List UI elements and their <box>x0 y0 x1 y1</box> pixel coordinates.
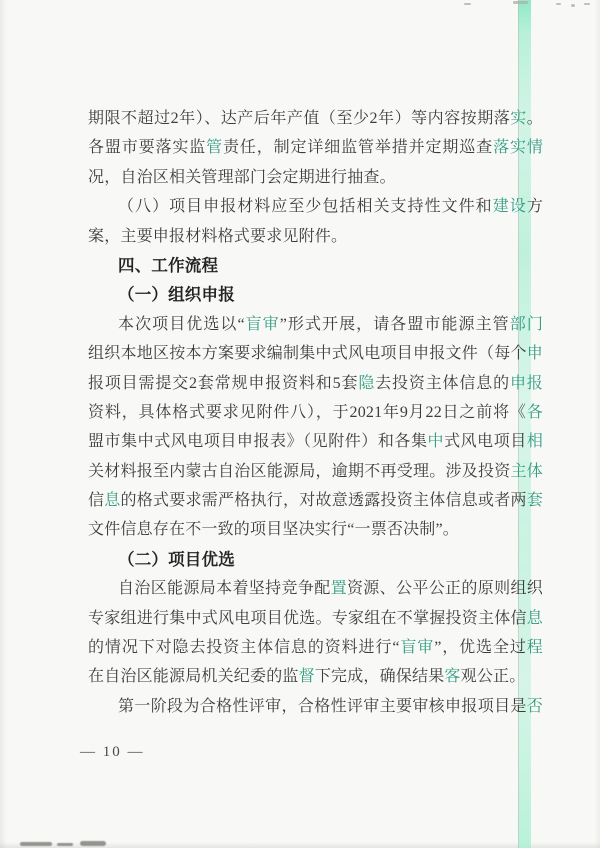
text-segment: 下完成，确保结果 <box>315 668 445 685</box>
text-segment: 况，自治区相关管理部门会定期进行抽查。 <box>88 169 396 186</box>
text-segment: 方 <box>527 198 543 215</box>
text-segment: 置 <box>331 580 347 597</box>
section-heading: 四、工作流程 <box>88 251 543 280</box>
text-segment: 文件信息存在不一致的项目坚决实行“一票否决制”。 <box>88 521 459 538</box>
text-segment: 否 <box>527 698 543 715</box>
text-segment: 专家组进行集中式风电项目优选。专家组在不掌握投资主体信 <box>88 610 527 627</box>
text-segment: 盲审 <box>245 316 280 333</box>
text-segment: 去投资主体信息的 <box>375 375 510 392</box>
text-segment: 相 <box>527 433 543 450</box>
text-segment: 部门 <box>510 316 543 333</box>
text-segment: 程 <box>527 639 543 656</box>
text-segment: 本次项目优选以“ <box>118 316 245 333</box>
text-line: 在自治区能源局机关纪委的监督下完成，确保结果客观公正。 <box>88 662 543 691</box>
text-segment: ”，优选全过 <box>434 639 527 656</box>
text-line: 自治区能源局本着坚持竞争配置资源、公平公正的原则组织 <box>88 574 543 603</box>
text-segment: ”形式开展，请各盟市能源主管 <box>280 316 510 333</box>
text-segment: 。 <box>527 110 543 127</box>
text-segment: （二）项目优选 <box>118 550 235 569</box>
scan-speck <box>464 3 471 5</box>
text-segment: 四、工作流程 <box>118 256 218 275</box>
scan-speck <box>513 1 528 4</box>
text-segment: 各 <box>527 404 543 421</box>
text-line: 组织本地区按本方案要求编制集中式风电项目申报文件（每个申 <box>88 339 543 368</box>
text-segment: 息 <box>527 610 543 627</box>
text-segment: 的情况下对隐去投资主体信息的资料进行“ <box>88 639 400 656</box>
scanned-document-page: 期限不超过2年）、达产后年产值（至少2年）等内容按期落实。各盟市要落实监管责任，… <box>0 0 600 848</box>
text-segment: 关材料报至内蒙古自治区能源局，逾期不再受理。涉及投资 <box>88 463 511 480</box>
text-segment: 主体 <box>511 463 543 480</box>
text-line: （八）项目申报材料应至少包括相关支持性文件和建设方 <box>88 192 543 221</box>
section-heading: （二）项目优选 <box>88 545 543 574</box>
text-segment: 报项目需提交2套常规申报资料和5套 <box>88 375 358 392</box>
text-line: 专家组进行集中式风电项目优选。专家组在不掌握投资主体信息 <box>88 604 543 633</box>
text-segment: 的格式要求需严格执行，对故意透露投资主体信息或者两 <box>121 492 527 509</box>
text-segment: 套 <box>527 492 543 509</box>
scan-smudge <box>80 841 106 846</box>
text-segment: （八）项目申报材料应至少包括相关支持性文件和 <box>118 198 493 215</box>
text-line: 资料，具体格式要求见附件八），于2021年9月22日之前将《各 <box>88 398 543 427</box>
text-segment: 落实情 <box>493 139 543 156</box>
text-segment: 实 <box>510 110 527 127</box>
text-segment: 息 <box>104 492 120 509</box>
text-segment: 自治区能源局本着坚持竞争配 <box>118 580 331 597</box>
text-line: 况，自治区相关管理部门会定期进行抽查。 <box>88 163 543 192</box>
text-line: 本次项目优选以“盲审”形式开展，请各盟市能源主管部门 <box>88 310 543 339</box>
text-line: 的情况下对隐去投资主体信息的资料进行“盲审”，优选全过程 <box>88 633 543 662</box>
text-segment: 案，主要申报材料格式要求见附件。 <box>88 228 347 245</box>
text-segment: 责任，制定详细监管举措并定期巡查 <box>223 139 493 156</box>
text-segment: 第一阶段为合格性评审，合格性评审主要审核申报项目是 <box>118 698 527 715</box>
text-line: 盟市集中式风电项目申报表》（见附件）和各集中式风电项目相 <box>88 427 543 456</box>
page-edge-shadow-left <box>0 0 7 848</box>
scan-speck <box>584 3 590 5</box>
text-line: 报项目需提交2套常规申报资料和5套隐去投资主体信息的申报 <box>88 369 543 398</box>
scan-speck <box>556 3 561 5</box>
text-segment: 盲审 <box>400 639 435 656</box>
scan-smudge <box>20 842 52 846</box>
text-segment: 客 <box>444 668 460 685</box>
text-segment: 在自治区能源局机关纪委的监 <box>88 668 299 685</box>
scan-smudge <box>57 843 73 846</box>
text-segment: 申 <box>527 345 543 362</box>
document-text: 期限不超过2年）、达产后年产值（至少2年）等内容按期落实。各盟市要落实监管责任，… <box>88 104 543 721</box>
text-segment: （一）组织申报 <box>118 285 235 304</box>
text-segment: 隐 <box>358 375 375 392</box>
text-segment: 资源、公平公正的原则组织 <box>347 580 543 597</box>
text-segment: 申报 <box>510 375 543 392</box>
section-heading: （一）组织申报 <box>88 280 543 309</box>
text-segment: 资料，具体格式要求见附件八），于2021年9月22日之前将《 <box>88 404 527 421</box>
text-line: 关材料报至内蒙古自治区能源局，逾期不再受理。涉及投资主体 <box>88 457 543 486</box>
scan-speck <box>571 4 575 7</box>
text-segment: 督 <box>299 668 315 685</box>
text-segment: 组织本地区按本方案要求编制集中式风电项目申报文件（每个 <box>88 345 527 362</box>
text-segment: 期限不超过2年）、达产后年产值（至少2年）等内容按期落 <box>88 110 510 127</box>
text-segment: 信 <box>88 492 104 509</box>
text-segment: 中 <box>428 433 445 450</box>
text-segment: 建设 <box>493 198 527 215</box>
text-line: 各盟市要落实监管责任，制定详细监管举措并定期巡查落实情 <box>88 133 543 162</box>
text-line: 第一阶段为合格性评审，合格性评审主要审核申报项目是否 <box>88 692 543 721</box>
text-line: 期限不超过2年）、达产后年产值（至少2年）等内容按期落实。 <box>88 104 543 133</box>
text-line: 案，主要申报材料格式要求见附件。 <box>88 222 543 251</box>
text-segment: 盟市集中式风电项目申报表》（见附件）和各集 <box>88 433 428 450</box>
text-line: 文件信息存在不一致的项目坚决实行“一票否决制”。 <box>88 515 543 544</box>
text-line: 信息的格式要求需严格执行，对故意透露投资主体信息或者两套 <box>88 486 543 515</box>
text-segment: 式风电项目 <box>444 433 527 450</box>
page-number: — 10 — <box>80 744 145 761</box>
page-edge-shadow-right <box>594 0 600 848</box>
text-segment: 各盟市要落实监 <box>88 139 206 156</box>
text-segment: 管 <box>206 139 223 156</box>
text-segment: 观公正。 <box>461 668 526 685</box>
